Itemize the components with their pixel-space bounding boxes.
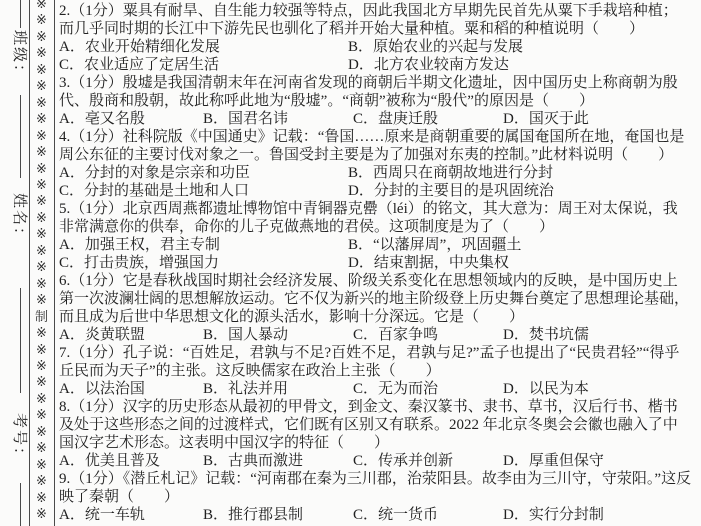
question-number: 3. [59, 75, 70, 91]
option-a: A．亳又名殷 [59, 110, 203, 128]
question-points: （1分） [70, 399, 123, 415]
option-d: D．焚书坑儒 [503, 326, 692, 344]
question-block-5: 5.（1分）北京西周燕都遗址博物馆中青铜器克罍（léi）的铭文，其大意为：周王对… [59, 200, 692, 272]
question-text: 它是春秋战国时期社会经济发展、阶级关系变化在思想领域内的反映，是中国历史上第一次… [59, 273, 689, 325]
question-number: 5. [59, 201, 70, 217]
option-b: B．推行郡县制 [203, 506, 353, 524]
question-stem: 5.（1分）北京西周燕都遗址博物馆中青铜器克罍（léi）的铭文，其大意为：周王对… [59, 200, 692, 236]
fill-in-blank-line [20, 0, 21, 28]
question-block-3: 3.（1分）殷墟是我国清朝末年在河南省发现的商朝后半期文化遗址，因中国历史上称商… [59, 74, 692, 128]
questions-area: 2.（1分）粟具有耐旱、自生能力较强等特点，因此我国北方早期先民首先从粟下手栽培… [59, 2, 692, 524]
option-a: A．炎黄联盟 [59, 326, 203, 344]
option-b: B．国人暴动 [203, 326, 353, 344]
option-c: C．打击贵族，增强国力 [59, 254, 348, 272]
question-options: A．分封的对象是宗亲和功臣 B．西周只在商朝故地进行分封 C．分封的基础是土地和… [59, 164, 692, 200]
option-d: D．国灭于此 [503, 110, 692, 128]
option-b: B．西周只在商朝故地进行分封 [348, 164, 692, 182]
question-points: （1分） [70, 75, 123, 91]
fill-in-blank-line [20, 483, 21, 526]
option-d: D．以民为本 [503, 380, 692, 398]
option-a: A．优美且普及 [59, 452, 203, 470]
question-options: A．以法治国 B．礼法并用 C．无为而治 D．以民为本 [59, 380, 692, 398]
question-text: 孔子说：“百姓足，君孰与不足?百姓不足，君孰与足?”孟子也提出了“民贵君轻”“得… [59, 345, 679, 379]
class-label: 班级： [10, 30, 31, 81]
name-label: 姓名： [10, 193, 31, 244]
option-b: B．“以藩屏周”，巩固疆土 [348, 236, 692, 254]
question-stem: 8.（1分）汉字的历史形态从最初的甲骨文，到金文、秦汉篆书、隶书、草书，汉后行书… [59, 398, 692, 452]
option-d: D．结束割据，中央集权 [348, 254, 692, 272]
question-points: （1分） [70, 3, 123, 19]
option-a: A．分封的对象是宗亲和功臣 [59, 164, 348, 182]
question-text: 粟具有耐旱、自生能力较强等特点，因此我国北方早期先民首先从粟下手栽培种植；而几乎… [59, 3, 678, 37]
question-block-2: 2.（1分）粟具有耐旱、自生能力较强等特点，因此我国北方早期先民首先从粟下手栽培… [59, 2, 692, 74]
question-points: （1分） [70, 129, 123, 145]
option-b: B．原始农业的兴起与发展 [348, 38, 692, 56]
question-stem: 9.（1分）《潜丘札记》记载：“河南郡在秦为三川郡，治荥阳县。故李由为三川守，守… [59, 470, 692, 506]
question-points: （1分） [70, 273, 123, 289]
question-number: 4. [59, 129, 70, 145]
seal-column-right-rule [54, 0, 55, 526]
exam-number-label: 考号： [10, 413, 31, 464]
question-number: 9. [59, 471, 70, 487]
question-stem: 4.（1分）社科院版《中国通史》记载：“鲁国……原来是商朝重要的属国奄国所在地，… [59, 128, 692, 164]
question-number: 6. [59, 273, 70, 289]
question-text: 社科院版《中国通史》记载：“鲁国……原来是商朝重要的属国奄国所在地，奄国也是周公… [59, 129, 684, 163]
question-block-8: 8.（1分）汉字的历史形态从最初的甲骨文，到金文、秦汉篆书、隶书、草书，汉后行书… [59, 398, 692, 470]
question-stem: 3.（1分）殷墟是我国清朝末年在河南省发现的商朝后半期文化遗址，因中国历史上称商… [59, 74, 692, 110]
question-options: A．优美且普及 B．古典而激进 C．传承并创新 D．厚重但保守 [59, 452, 692, 470]
question-text: 《潜丘札记》记载：“河南郡在秦为三川郡，治荥阳县。故李由为三川守，守荥阳。”这反… [59, 471, 691, 505]
question-options: A．农业开始精细化发展 B．原始农业的兴起与发展 C．农业适应了定居生活 D．北… [59, 38, 692, 74]
option-c: C．无为而治 [353, 380, 503, 398]
option-d: D．分封的主要目的是巩固统治 [348, 182, 692, 200]
question-block-4: 4.（1分）社科院版《中国通史》记载：“鲁国……原来是商朝重要的属国奄国所在地，… [59, 128, 692, 200]
question-block-6: 6.（1分）它是春秋战国时期社会经济发展、阶级关系变化在思想领域内的反映，是中国… [59, 272, 692, 344]
question-points: （1分） [70, 471, 123, 487]
option-a: A．农业开始精细化发展 [59, 38, 348, 56]
option-d: D．实行分封制 [503, 506, 692, 524]
question-stem: 2.（1分）粟具有耐旱、自生能力较强等特点，因此我国北方早期先民首先从粟下手栽培… [59, 2, 692, 38]
option-d: D．厚重但保守 [503, 452, 692, 470]
question-options: A．加强王权，君主专制 B．“以藩屏周”，巩固疆土 C．打击贵族，增强国力 D．… [59, 236, 692, 272]
question-number: 2. [59, 3, 70, 19]
option-c: C．盘庚迁殷 [353, 110, 503, 128]
seal-line-column: ※※※※※※※※※※※※※※※※※※※制※※※※※※※※※※※※ [33, 0, 50, 524]
question-stem: 6.（1分）它是春秋战国时期社会经济发展、阶级关系变化在思想领域内的反映，是中国… [59, 272, 692, 326]
fill-in-blank-line [20, 288, 21, 393]
question-number: 7. [59, 345, 70, 361]
exam-paper-page: 班级： 姓名： 考号： ※※※※※※※※※※※※※※※※※※※制※※※※※※※※… [0, 0, 701, 526]
question-block-7: 7.（1分）孔子说：“百姓足，君孰与不足?百姓不足，君孰与足?”孟子也提出了“民… [59, 344, 692, 398]
question-options: A．炎黄联盟 B．国人暴动 C．百家争鸣 D．焚书坑儒 [59, 326, 692, 344]
question-points: （1分） [70, 345, 123, 361]
option-d: D．北方农业较南方发达 [348, 56, 692, 74]
question-block-9: 9.（1分）《潜丘札记》记载：“河南郡在秦为三川郡，治荥阳县。故李由为三川守，守… [59, 470, 692, 524]
question-points: （1分） [70, 201, 123, 217]
option-c: C．农业适应了定居生活 [59, 56, 348, 74]
option-c: C．传承并创新 [353, 452, 503, 470]
option-c: C．统一货币 [353, 506, 503, 524]
question-options: A．统一车轨 B．推行郡县制 C．统一货币 D．实行分封制 [59, 506, 692, 524]
fill-in-blank-line [20, 95, 21, 178]
question-options: A．亳又名殷 B．国君名讳 C．盘庚迁殷 D．国灭于此 [59, 110, 692, 128]
seal-column-left-rule [29, 0, 30, 526]
option-b: B．古典而激进 [203, 452, 353, 470]
option-a: A．加强王权，君主专制 [59, 236, 348, 254]
option-c: C．分封的基础是土地和人口 [59, 182, 348, 200]
option-a: A．统一车轨 [59, 506, 203, 524]
question-number: 8. [59, 399, 70, 415]
option-b: B．礼法并用 [203, 380, 353, 398]
question-text: 殷墟是我国清朝末年在河南省发现的商朝后半期文化遗址，因中国历史上称商朝为殷代、殷… [59, 75, 678, 109]
option-a: A．以法治国 [59, 380, 203, 398]
option-b: B．国君名讳 [203, 110, 353, 128]
option-c: C．百家争鸣 [353, 326, 503, 344]
question-text: 北京西周燕都遗址博物馆中青铜器克罍（léi）的铭文，其大意为：周王对太保说，我非… [59, 201, 678, 235]
question-text: 汉字的历史形态从最初的甲骨文，到金文、秦汉篆书、隶书、草书，汉后行书、楷书及处于… [59, 399, 678, 451]
question-stem: 7.（1分）孔子说：“百姓足，君孰与不足?百姓不足，君孰与足?”孟子也提出了“民… [59, 344, 692, 380]
